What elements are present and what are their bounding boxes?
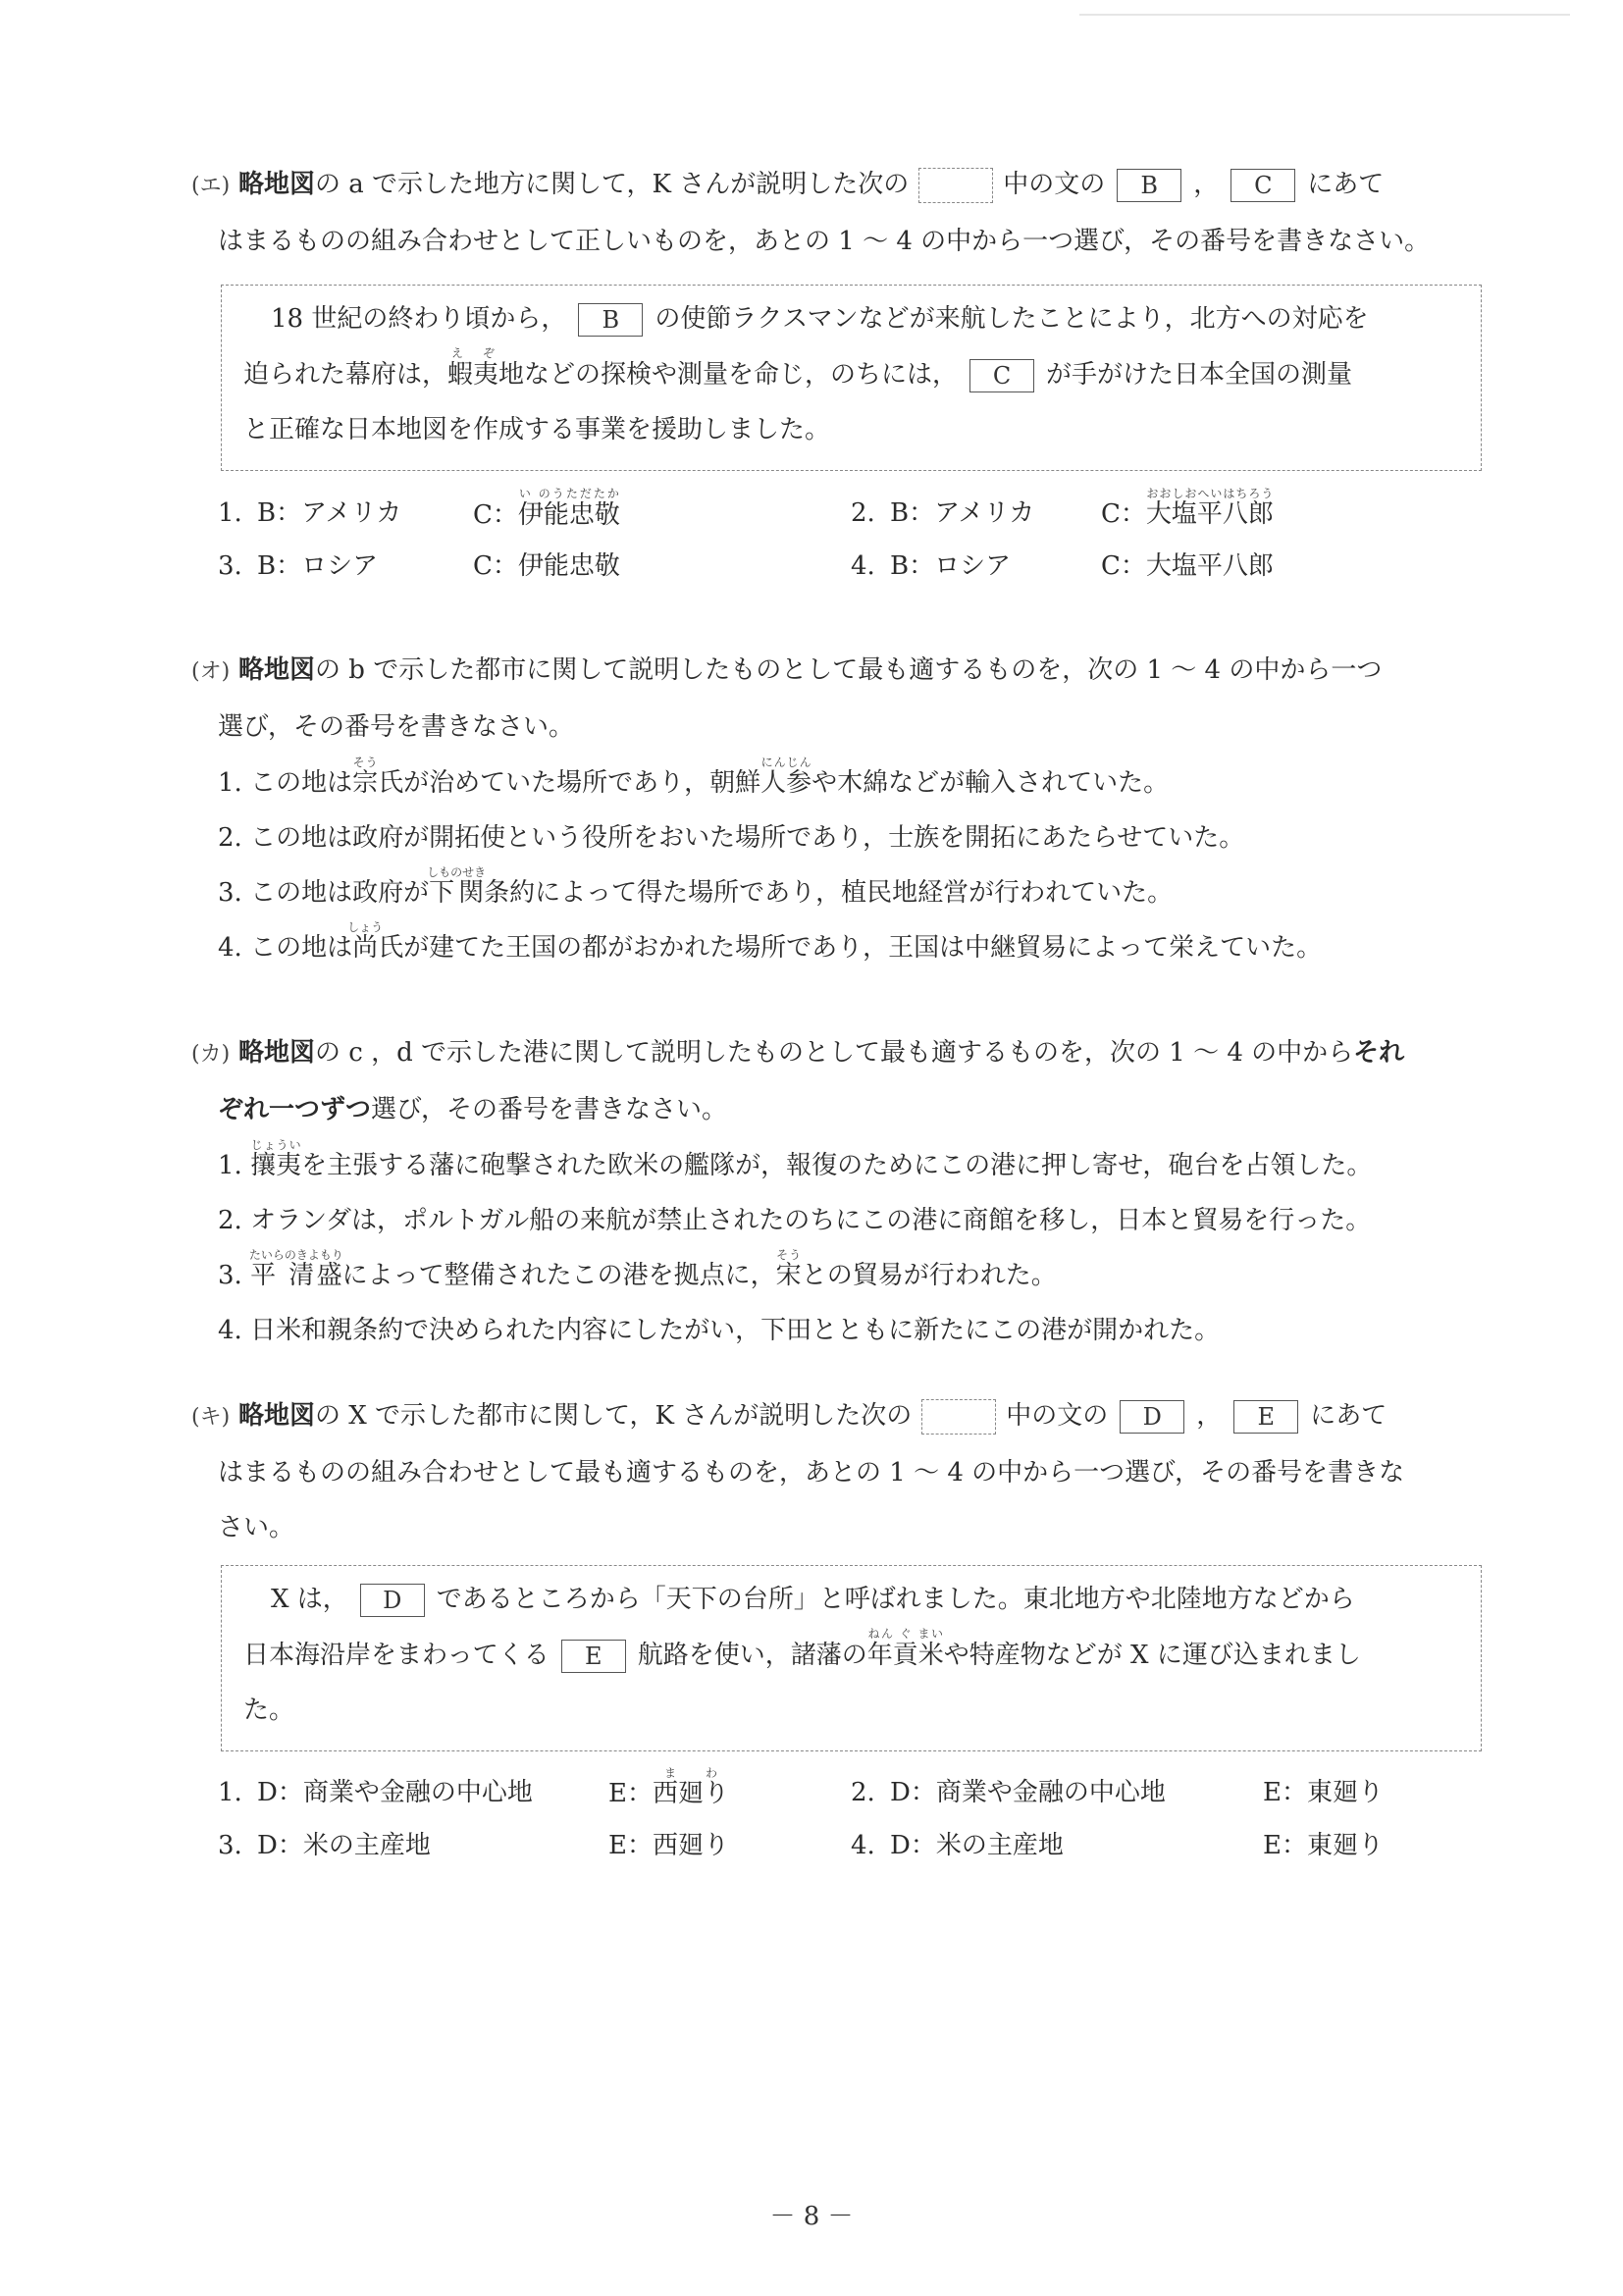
question-label: (エ) <box>191 159 238 214</box>
text: 4. <box>218 933 242 963</box>
text: ねん ぐ まい <box>867 1627 944 1641</box>
dashed-box-ref <box>921 1399 996 1435</box>
text: 4. <box>851 1819 875 1872</box>
text: の X で示した都市に関して，K さんが説明した次の <box>315 1401 912 1431</box>
choice-item: 2. オランダは，ポルトガル船の来航が禁止されたのちにこの港に商館を移し，日本と… <box>218 1193 1513 1248</box>
text: 1. <box>218 768 242 798</box>
text: しょう <box>347 920 383 934</box>
text: ， <box>1193 170 1219 199</box>
text: 宗 <box>352 768 378 798</box>
text: 1. <box>218 487 242 540</box>
text: D：商業や金融の中心地 <box>257 1766 533 1819</box>
blank-box-e: E <box>561 1640 626 1673</box>
text: B：アメリカ <box>257 487 401 540</box>
text: 3. <box>218 1819 242 1872</box>
blank-box-d: D <box>1120 1400 1184 1434</box>
text: B：ロシア <box>890 540 1011 593</box>
text: D：米の主産地 <box>890 1819 1064 1872</box>
text: この地は <box>250 933 352 963</box>
text: い のうただたか <box>518 487 620 500</box>
text: 西廻り <box>653 1779 729 1808</box>
text: 平 清盛 <box>249 1261 343 1290</box>
text: X は， <box>271 1585 348 1614</box>
text: オランダは，ポルトガル船の来航が禁止されたのちにこの港に商館を移し，日本と貿易を… <box>250 1206 1371 1235</box>
blank-box-c: C <box>1230 169 1295 202</box>
text: や特産物などが X に運び込まれまし <box>944 1641 1361 1670</box>
text: さい。 <box>218 1513 294 1542</box>
text: たいらのきよもり <box>249 1248 343 1262</box>
text: 西廻り <box>653 1831 729 1860</box>
choice-item: 4. 日米和親条約で決められた内容にしたがい，下田とともに新たにこの港が開かれた… <box>218 1303 1513 1358</box>
text: 3. <box>218 1261 242 1290</box>
text: 3. <box>218 540 242 593</box>
text: 2. <box>851 487 875 540</box>
text: 地などの探検や測量を命じ，のちには， <box>498 360 958 390</box>
text: が手がけた日本全国の測量 <box>1046 360 1352 390</box>
text: 4. <box>851 540 875 593</box>
choice-item: 1. この地は宗そう氏が治めていた場所であり，朝鮮人参にんじんや木綿などが輸入さ… <box>218 756 1513 810</box>
question-ka: (カ)略地図の c ，d で示した港に関して説明したものとして最も適するものを，… <box>191 1025 1506 1137</box>
text: や木綿などが輸入されていた。 <box>811 768 1169 798</box>
text: 中の文の <box>1003 170 1105 199</box>
text: であるところから「天下の台所」と呼ばれました。東北地方や北陸地方などから <box>437 1585 1355 1614</box>
text: じょうい <box>250 1138 301 1152</box>
dashed-box-ref <box>918 168 993 203</box>
quote-box-e: 18 世紀の終わり頃から，Bの使節ラクスマンなどが来航したことにより，北方への対… <box>221 285 1482 471</box>
text: まわ <box>653 1766 729 1780</box>
choice-item: 4. この地は尚しょう氏が建てた王国の都がおかれた場所であり，王国は中継貿易によ… <box>218 920 1513 975</box>
text: C： <box>1101 499 1146 529</box>
top-rule <box>1079 14 1570 16</box>
text: C： <box>1101 551 1146 581</box>
text: にあて <box>1310 1401 1387 1431</box>
text: にんじん <box>760 756 811 769</box>
choices-ka: 1. 攘夷じょういを主張する藩に砲撃された欧米の艦隊が，報復のためにこの港に押し… <box>218 1138 1513 1358</box>
question-ki: (キ)略地図の X で示した都市に関して，K さんが説明した次の中の文のD，Eに… <box>191 1388 1506 1555</box>
text: E： <box>1263 1778 1307 1807</box>
text: B：アメリカ <box>890 487 1034 540</box>
text: そう <box>776 1248 802 1262</box>
option-row: 3. D：米の主産地 E：西廻り 4. D：米の主産地 E：東廻り <box>218 1819 1493 1872</box>
text: 日本海沿岸をまわってくる <box>243 1641 550 1670</box>
text: によって整備されたこの港を拠点に， <box>342 1261 776 1290</box>
text: D：商業や金融の中心地 <box>890 1766 1166 1819</box>
text: E： <box>608 1831 653 1860</box>
text: 2. <box>851 1766 875 1819</box>
text: それ <box>1353 1038 1404 1068</box>
text: 年貢米 <box>867 1641 944 1670</box>
text: 中の文の <box>1006 1401 1108 1431</box>
blank-box-e: E <box>1233 1400 1298 1434</box>
text: と正確な日本地図を作成する事業を援助しました。 <box>243 415 830 444</box>
text: た。 <box>243 1696 294 1725</box>
text: (カ) <box>191 1027 238 1082</box>
text: はまるものの組み合わせとして最も適するものを，あとの 1 ～ 4 の中から一つ選… <box>218 1458 1404 1487</box>
option-row: 1. D：商業や金融の中心地 E：西廻りまわ 2. D：商業や金融の中心地 E：… <box>218 1766 1493 1819</box>
blank-box-b: B <box>1117 169 1181 202</box>
text: の b で示した都市に関して説明したものとして最も適するものを，次の 1 ～ 4… <box>315 655 1382 685</box>
text: 2. <box>218 823 242 853</box>
text: しものせき <box>427 865 486 879</box>
choice-item: 2. この地は政府が開拓使という役所をおいた場所であり，士族を開拓にあたらせてい… <box>218 810 1513 865</box>
text: 略地図 <box>238 655 315 685</box>
text: 略地図 <box>238 1038 315 1068</box>
text: 東廻り <box>1307 1831 1384 1860</box>
blank-box-c: C <box>969 359 1034 392</box>
text: C： <box>473 500 518 530</box>
text: C： <box>473 551 518 581</box>
text: の a で示した地方に関して，K さんが説明した次の <box>315 170 909 199</box>
text: 下関 <box>427 878 486 908</box>
text: 大塩平八郎 <box>1146 551 1274 581</box>
option-row: 3. B：ロシア C：伊能忠敬 4. B：ロシア C：大塩平八郎 <box>218 540 1493 593</box>
text: はまるものの組み合わせとして正しいものを，あとの 1 ～ 4 の中から一つ選び，… <box>218 227 1430 256</box>
text: 攘夷 <box>250 1151 301 1180</box>
text: 選び，その番号を書きなさい。 <box>218 712 574 742</box>
text: え ぞ <box>447 346 498 360</box>
choice-item: 3. この地は政府が下関しものせき条約によって得た場所であり，植民地経営が行われ… <box>218 865 1513 920</box>
text: 伊能忠敬 <box>518 551 620 581</box>
text: 略地図 <box>238 170 315 199</box>
text: E： <box>608 1779 653 1808</box>
text: 略地図 <box>238 1401 315 1431</box>
text: (オ) <box>191 645 238 700</box>
text: 日米和親条約で決められた内容にしたがい，下田とともに新たにこの港が開かれた。 <box>250 1316 1220 1345</box>
text: この地は <box>250 768 352 798</box>
text: 条約によって得た場所であり，植民地経営が行われていた。 <box>484 878 1173 908</box>
text: 迫られた幕府は， <box>243 360 447 390</box>
options-ki: 1. D：商業や金融の中心地 E：西廻りまわ 2. D：商業や金融の中心地 E：… <box>218 1766 1493 1872</box>
blank-box-d: D <box>360 1584 425 1617</box>
text: そう <box>352 756 378 769</box>
text: 選び，その番号を書きなさい。 <box>371 1095 727 1124</box>
text: D：米の主産地 <box>257 1819 431 1872</box>
question-o: (オ)略地図の b で示した都市に関して説明したものとして最も適するものを，次の… <box>191 643 1506 755</box>
blank-box-b: B <box>578 303 643 337</box>
text: おおしおへいはちろう <box>1146 487 1274 500</box>
text: この地は政府が <box>250 878 429 908</box>
page-number: － 8 － <box>0 2196 1623 2232</box>
text: 氏が建てた王国の都がおかれた場所であり，王国は中継貿易によって栄えていた。 <box>378 933 1322 963</box>
text: (キ) <box>191 1390 238 1445</box>
text: 18 世紀の終わり頃から， <box>271 304 566 334</box>
text: 1. <box>218 1766 242 1819</box>
question-e: (エ)略地図の a で示した地方に関して，K さんが説明した次の中の文のB，Cに… <box>191 157 1506 269</box>
text: 氏が治めていた場所であり，朝鮮 <box>378 768 760 798</box>
text: ぞれ一つずつ <box>218 1095 371 1124</box>
option-row: 1. B：アメリカ C：伊能忠敬い のうただたか 2. B：アメリカ C：大塩平… <box>218 487 1493 540</box>
text: 東廻り <box>1307 1778 1384 1807</box>
choices-o: 1. この地は宗そう氏が治めていた場所であり，朝鮮人参にんじんや木綿などが輸入さ… <box>218 756 1513 975</box>
text: 蝦夷 <box>447 360 498 390</box>
text: 人参 <box>760 768 811 798</box>
choice-item: 1. 攘夷じょういを主張する藩に砲撃された欧米の艦隊が，報復のためにこの港に押し… <box>218 1138 1513 1193</box>
text: ， <box>1196 1401 1222 1431</box>
options-e: 1. B：アメリカ C：伊能忠敬い のうただたか 2. B：アメリカ C：大塩平… <box>218 487 1493 593</box>
text: 3. <box>218 878 242 908</box>
text: を主張する藩に砲撃された欧米の艦隊が，報復のためにこの港に押し寄せ，砲台を占領し… <box>301 1151 1372 1180</box>
text: 大塩平八郎 <box>1146 499 1274 529</box>
text: この地は政府が開拓使という役所をおいた場所であり，士族を開拓にあたらせていた。 <box>250 823 1244 853</box>
text: の使節ラクスマンなどが来航したことにより，北方への対応を <box>654 304 1368 334</box>
text: 伊能忠敬 <box>518 500 620 530</box>
text: 宋 <box>776 1261 802 1290</box>
text: にあて <box>1307 170 1384 199</box>
text: の c ，d で示した港に関して説明したものとして最も適するものを，次の 1 ～… <box>315 1038 1353 1068</box>
text: との貿易が行われた。 <box>802 1261 1057 1290</box>
text: 2. <box>218 1206 242 1235</box>
text: 1. <box>218 1151 242 1180</box>
text: 4. <box>218 1316 242 1345</box>
text: 航路を使い，諸藩の <box>638 1641 867 1670</box>
choice-item: 3. 平 清盛たいらのきよもりによって整備されたこの港を拠点に，宋そうとの貿易が… <box>218 1248 1513 1303</box>
text: B：ロシア <box>257 540 378 593</box>
text: E： <box>1263 1831 1307 1860</box>
quote-box-ki: X は，Dであるところから「天下の台所」と呼ばれました。東北地方や北陸地方などか… <box>221 1565 1482 1751</box>
